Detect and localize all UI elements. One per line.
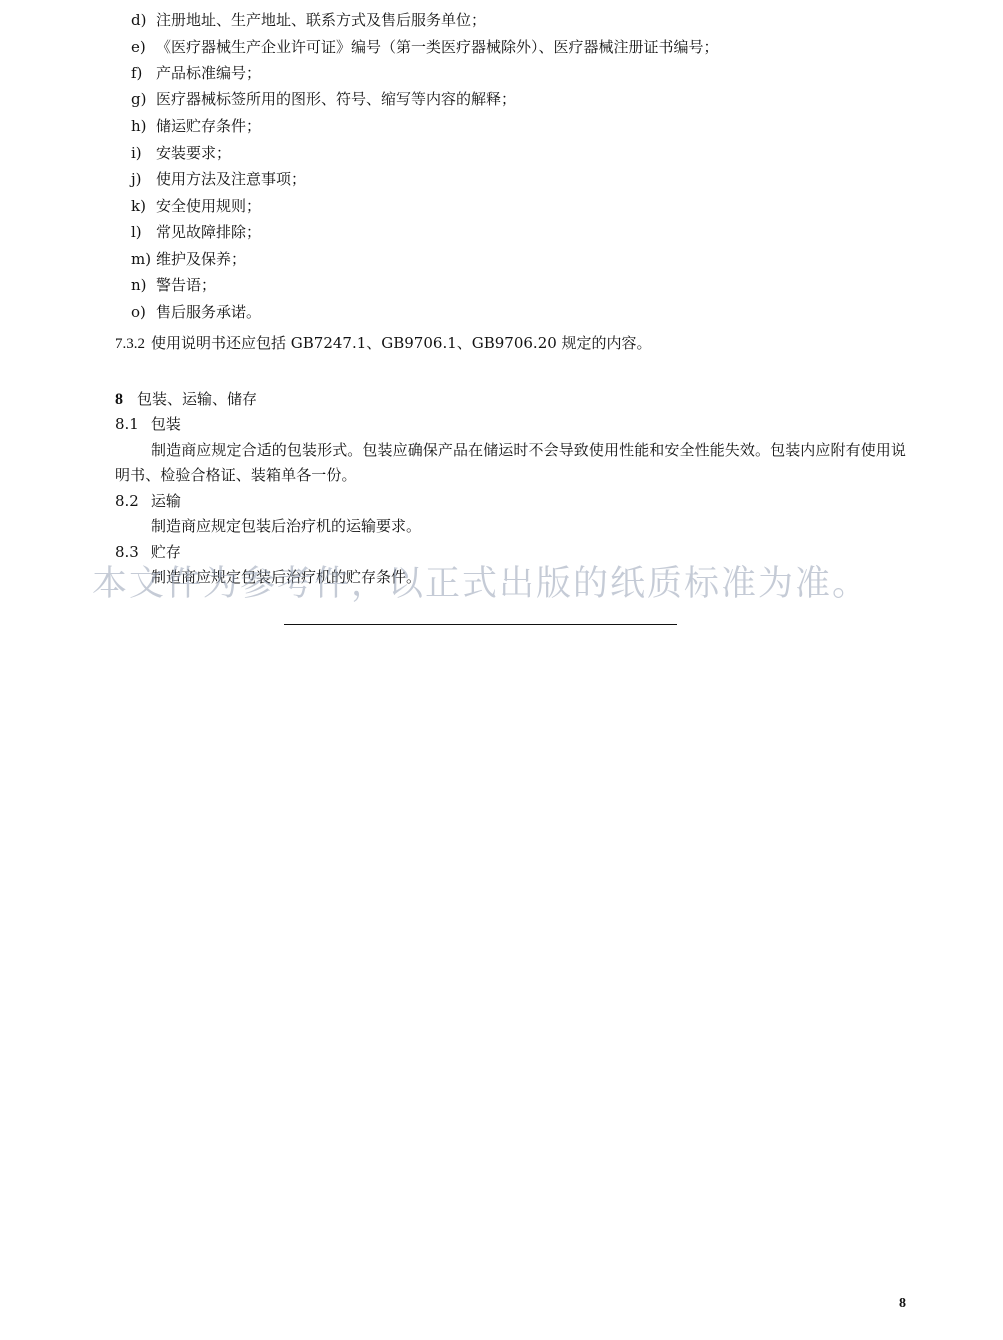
list-item-text: 警告语； <box>156 276 216 294</box>
list-item-text: 医疗器械标签所用的图形、符号、缩写等内容的解释； <box>156 90 516 108</box>
end-separator-line <box>284 624 677 625</box>
section-number: 8 <box>115 390 123 410</box>
list-item-k: k)安全使用规则； <box>131 196 261 216</box>
list-item-letter: j) <box>131 169 156 189</box>
list-item-letter: f) <box>131 63 156 83</box>
list-item-text: 安全使用规则； <box>156 197 261 215</box>
list-item-l: l)常见故障排除； <box>131 222 261 242</box>
list-item-letter: k) <box>131 196 156 216</box>
list-item-e: e)《医疗器械生产企业许可证》编号（第一类医疗器械除外）、医疗器械注册证书编号； <box>131 37 719 57</box>
list-item-h: h)储运贮存条件； <box>131 116 261 136</box>
list-item-f: f)产品标准编号； <box>131 63 261 83</box>
list-item-g: g)医疗器械标签所用的图形、符号、缩写等内容的解释； <box>131 89 516 109</box>
subsection-number: 8.2 <box>115 491 139 511</box>
list-item-text: 注册地址、生产地址、联系方式及售后服务单位； <box>156 11 486 29</box>
list-item-d: d)注册地址、生产地址、联系方式及售后服务单位； <box>131 10 486 30</box>
clause-number: 7.3.2 <box>115 334 145 354</box>
list-item-text: 使用方法及注意事项； <box>156 170 306 188</box>
list-item-j: j)使用方法及注意事项； <box>131 169 306 189</box>
list-item-letter: i) <box>131 143 156 163</box>
list-item-letter: d) <box>131 10 156 30</box>
clause-7-3-2: 7.3.2使用说明书还应包括 GB7247.1、GB9706.1、GB9706.… <box>115 333 652 354</box>
subsection-number: 8.1 <box>115 414 139 434</box>
list-item-text: 常见故障排除； <box>156 223 261 241</box>
list-item-letter: m) <box>131 249 156 269</box>
list-item-n: n)警告语； <box>131 275 216 295</box>
list-item-text: 产品标准编号； <box>156 64 261 82</box>
subsection-body-8-3: 制造商应规定包装后治疗机的贮存条件。 <box>151 567 421 587</box>
list-item-text: 安装要求； <box>156 144 231 162</box>
list-item-text: 储运贮存条件； <box>156 117 261 135</box>
subsection-title: 贮存 <box>151 543 181 561</box>
list-item-letter: n) <box>131 275 156 295</box>
list-item-text: 《医疗器械生产企业许可证》编号（第一类医疗器械除外）、医疗器械注册证书编号； <box>156 38 719 56</box>
list-item-letter: h) <box>131 116 156 136</box>
subsection-heading-8-2: 8.2运输 <box>115 491 181 511</box>
page-number: 8 <box>899 1296 906 1312</box>
subsection-title: 包装 <box>151 415 181 433</box>
subsection-body-8-1: 制造商应规定合适的包装形式。包装应确保产品在储运时不会导致使用性能和安全性能失效… <box>115 438 915 488</box>
subsection-number: 8.3 <box>115 542 139 562</box>
list-item-i: i)安装要求； <box>131 143 231 163</box>
list-item-o: o)售后服务承诺。 <box>131 302 261 322</box>
list-item-m: m)维护及保养； <box>131 249 246 269</box>
subsection-body-8-2: 制造商应规定包装后治疗机的运输要求。 <box>151 516 421 536</box>
list-item-letter: e) <box>131 37 156 57</box>
section-title: 包装、运输、储存 <box>137 390 257 408</box>
clause-text: 使用说明书还应包括 GB7247.1、GB9706.1、GB9706.20 规定… <box>151 334 652 352</box>
list-item-text: 维护及保养； <box>156 250 246 268</box>
section-heading-8: 8包装、运输、储存 <box>115 389 257 410</box>
subsection-title: 运输 <box>151 492 181 510</box>
subsection-heading-8-3: 8.3贮存 <box>115 542 181 562</box>
list-item-letter: g) <box>131 89 156 109</box>
list-item-letter: l) <box>131 222 156 242</box>
list-item-letter: o) <box>131 302 156 322</box>
subsection-heading-8-1: 8.1包装 <box>115 414 181 434</box>
list-item-text: 售后服务承诺。 <box>156 303 261 321</box>
